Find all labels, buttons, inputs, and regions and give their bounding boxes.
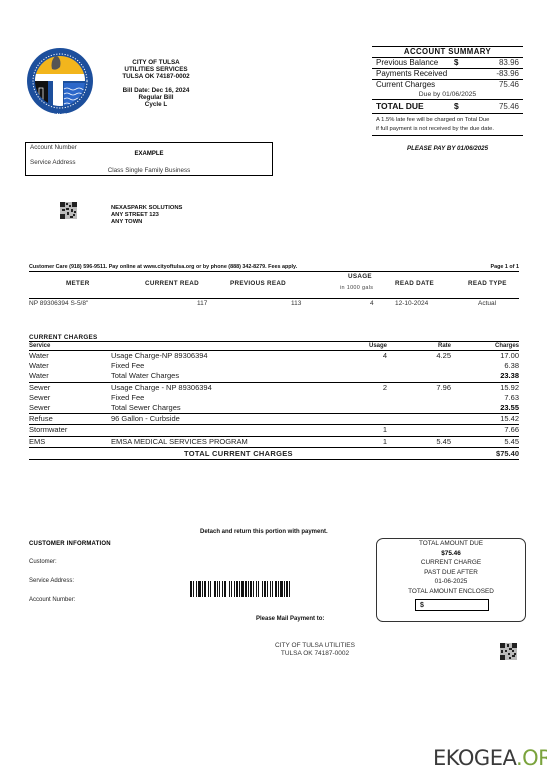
charge-description: Usage Charge-NP 89306394 xyxy=(111,351,208,361)
meter-current-read: 117 xyxy=(197,300,207,307)
utility-name: CITY OF TULSA xyxy=(96,59,216,66)
col-charges: Charges xyxy=(495,342,519,350)
mailing-address-line: ANY STREET 123 xyxy=(111,212,182,219)
charge-usage: 1 xyxy=(383,425,387,435)
charge-usage: 4 xyxy=(383,351,387,361)
meter-read-date: 12-10-2024 xyxy=(395,300,428,307)
account-number-label: Account Number xyxy=(30,144,77,151)
mailing-address-line: NEXASPARK SOLUTIONS xyxy=(111,205,182,212)
summary-row-previous-balance: Previous Balance $ 83.96 xyxy=(372,58,523,69)
service-address-value: Class Single Family Business xyxy=(26,167,272,174)
charge-service: Sewer xyxy=(29,403,50,413)
charge-service: Refuse xyxy=(29,414,53,424)
charge-service: Sewer xyxy=(29,393,50,403)
late-fee-note-line: if full payment is not received by the d… xyxy=(376,125,519,134)
bill-cycle: Cycle L xyxy=(96,101,216,108)
col-previous-read: PREVIOUS READ xyxy=(230,280,286,287)
bill-type: Regular Bill xyxy=(96,94,216,101)
due-by-date: Due by 01/06/2025 xyxy=(372,90,523,100)
utility-department: UTILITIES SERVICES xyxy=(96,66,216,73)
charge-row: WaterUsage Charge-NP 8930639444.2517.00 xyxy=(29,351,519,361)
charge-usage: 2 xyxy=(383,383,387,393)
charge-row: Stormwater17.66 xyxy=(29,424,519,435)
remit-city: TULSA OK 74187-0002 xyxy=(256,650,374,658)
charge-amount: 6.38 xyxy=(504,361,519,371)
watermark-name: EKOGEA xyxy=(433,746,516,770)
total-due-value: 75.46 xyxy=(474,100,519,113)
late-fee-note-line: A 1.5% late fee will be charged on Total… xyxy=(376,116,519,125)
utility-city-zip: TULSA OK 74187-0002 xyxy=(96,73,216,80)
summary-currency xyxy=(454,69,474,79)
meter-row: NP 89306394 S-5/8" 117 113 4 12-10-2024 … xyxy=(29,300,519,310)
charge-description: 96 Gallon - Curbside xyxy=(111,414,180,424)
charge-amount: 23.38 xyxy=(500,371,519,381)
summary-label: Payments Received xyxy=(376,69,454,79)
page-number: Page 1 of 1 xyxy=(491,263,519,271)
account-number-label: Account Number: xyxy=(29,597,111,603)
col-meter: METER xyxy=(66,280,90,287)
charge-rate: 4.25 xyxy=(436,351,451,361)
charge-row: SewerTotal Sewer Charges23.55 xyxy=(29,403,519,413)
bill-date: Bill Date: Dec 16, 2024 xyxy=(96,87,216,94)
charge-row: Refuse96 Gallon - Curbside15.42 xyxy=(29,413,519,424)
charge-amount: 15.42 xyxy=(500,414,519,424)
meter-previous-read: 113 xyxy=(291,300,301,307)
charge-amount: 7.66 xyxy=(504,425,519,435)
summary-label: Current Charges xyxy=(376,80,454,90)
charge-row: SewerUsage Charge - NP 8930639427.9615.9… xyxy=(29,382,519,393)
account-summary: ACCOUNT SUMMARY Previous Balance $ 83.96… xyxy=(372,46,523,136)
qr-code-icon xyxy=(500,643,517,660)
charge-description: EMSA MEDICAL SERVICES PROGRAM xyxy=(111,437,248,447)
charge-rate: 5.45 xyxy=(436,437,451,447)
qr-code-icon xyxy=(60,202,77,219)
mail-payment-to-label: Please Mail Payment to: xyxy=(256,616,324,622)
meter-table-header: METER CURRENT READ PREVIOUS READ USAGE i… xyxy=(29,271,519,299)
col-current-read: CURRENT READ xyxy=(145,280,199,287)
charge-service: EMS xyxy=(29,437,45,447)
mailing-address-line: ANY TOWN xyxy=(111,219,182,226)
city-of-tulsa-seal-icon: OKLAHOMA xyxy=(26,41,94,121)
col-usage-unit: in 1000 gals xyxy=(340,285,373,291)
col-usage: Usage xyxy=(369,342,387,350)
charge-row: EMSEMSA MEDICAL SERVICES PROGRAM15.455.4… xyxy=(29,436,519,447)
account-info-box: Account Number EXAMPLE Service Address C… xyxy=(25,142,273,176)
charge-service: Water xyxy=(29,371,49,381)
remit-address: CITY OF TULSA UTILITIES TULSA OK 74187-0… xyxy=(256,642,374,657)
meter-id: NP 89306394 S-5/8" xyxy=(29,300,88,307)
charges-header-row: Service Usage Rate Charges xyxy=(29,341,519,351)
summary-value: 75.46 xyxy=(474,80,519,90)
col-service: Service xyxy=(29,342,50,350)
charge-description: Fixed Fee xyxy=(111,361,144,371)
customer-label: Customer: xyxy=(29,559,111,565)
charge-service: Water xyxy=(29,361,49,371)
barcode-icon xyxy=(190,581,354,597)
current-charge-label: CURRENT CHARGE xyxy=(377,558,525,568)
charge-amount: 7.63 xyxy=(504,393,519,403)
meter-read-type: Actual xyxy=(478,300,496,307)
charge-service: Water xyxy=(29,351,49,361)
remit-name: CITY OF TULSA UTILITIES xyxy=(256,642,374,650)
charge-amount: 17.00 xyxy=(500,351,519,361)
charge-amount: 5.45 xyxy=(504,437,519,447)
charge-amount: 23.55 xyxy=(500,403,519,413)
charge-description: Total Water Charges xyxy=(111,371,179,381)
customer-care-text: Customer Care (918) 596-9511. Pay online… xyxy=(29,264,297,270)
charge-description: Total Sewer Charges xyxy=(111,403,181,413)
col-usage: USAGE xyxy=(348,273,372,280)
service-address-label: Service Address: xyxy=(29,578,111,584)
charge-row: SewerFixed Fee7.63 xyxy=(29,393,519,403)
col-read-date: READ DATE xyxy=(395,280,434,287)
charge-rate: 7.96 xyxy=(436,383,451,393)
late-fee-note: A 1.5% late fee will be charged on Total… xyxy=(372,113,523,136)
summary-row-payments-received: Payments Received -83.96 xyxy=(372,69,523,80)
total-amount-due-value: $75.46 xyxy=(377,549,525,559)
charges-rows: WaterUsage Charge-NP 8930639444.2517.00W… xyxy=(29,351,519,447)
watermark-tld: .ORG xyxy=(516,746,547,770)
charge-row: WaterFixed Fee6.38 xyxy=(29,361,519,371)
detach-note: Detach and return this portion with paym… xyxy=(200,529,328,535)
summary-value: -83.96 xyxy=(474,69,519,79)
charge-description: Usage Charge - NP 89306394 xyxy=(111,383,212,393)
payment-due-box: TOTAL AMOUNT DUE $75.46 CURRENT CHARGE P… xyxy=(376,538,526,622)
amount-enclosed-label: TOTAL AMOUNT ENCLOSED xyxy=(377,587,525,597)
col-read-type: READ TYPE xyxy=(468,280,507,287)
amount-enclosed-field[interactable]: $ xyxy=(415,599,489,611)
meter-usage: 4 xyxy=(370,300,374,307)
svg-text:OKLAHOMA: OKLAHOMA xyxy=(46,113,75,119)
customer-information: CUSTOMER INFORMATION Customer: Service A… xyxy=(29,541,111,616)
summary-row-current-charges: Current Charges 75.46 xyxy=(372,80,523,90)
past-due-after-label: PAST DUE AFTER xyxy=(377,568,525,578)
total-amount-due-label: TOTAL AMOUNT DUE xyxy=(377,539,525,549)
current-charges-title: CURRENT CHARGES xyxy=(29,334,98,341)
customer-info-title: CUSTOMER INFORMATION xyxy=(29,541,111,547)
summary-label: Previous Balance xyxy=(376,58,454,68)
charge-service: Stormwater xyxy=(29,425,67,435)
total-current-charges-label: TOTAL CURRENT CHARGES xyxy=(184,448,293,459)
total-due-label: TOTAL DUE xyxy=(376,100,454,113)
utility-header: CITY OF TULSA UTILITIES SERVICES TULSA O… xyxy=(96,59,216,108)
past-due-date: 01-06-2025 xyxy=(377,577,525,587)
charge-service: Sewer xyxy=(29,383,50,393)
summary-value: 83.96 xyxy=(474,58,519,68)
account-summary-title: ACCOUNT SUMMARY xyxy=(372,46,523,58)
charge-description: Fixed Fee xyxy=(111,393,144,403)
please-pay-by: PLEASE PAY BY 01/06/2025 xyxy=(372,145,523,152)
charges-table: Service Usage Rate Charges WaterUsage Ch… xyxy=(29,341,519,460)
total-due-currency: $ xyxy=(454,100,474,113)
charge-row: WaterTotal Water Charges23.38 xyxy=(29,371,519,381)
service-address-label: Service Address xyxy=(30,159,76,166)
charge-usage: 1 xyxy=(383,437,387,447)
summary-total-due: TOTAL DUE $ 75.46 xyxy=(372,100,523,113)
watermark: EKOGEA.ORG xyxy=(433,746,547,770)
total-current-charges-value: $75.40 xyxy=(496,448,519,459)
summary-currency: $ xyxy=(454,58,474,68)
col-rate: Rate xyxy=(438,342,451,350)
charges-total-row: TOTAL CURRENT CHARGES $75.40 xyxy=(29,447,519,460)
summary-currency xyxy=(454,80,474,90)
charge-amount: 15.92 xyxy=(500,383,519,393)
mailing-address: NEXASPARK SOLUTIONS ANY STREET 123 ANY T… xyxy=(111,205,182,227)
account-number-value: EXAMPLE xyxy=(26,151,272,157)
